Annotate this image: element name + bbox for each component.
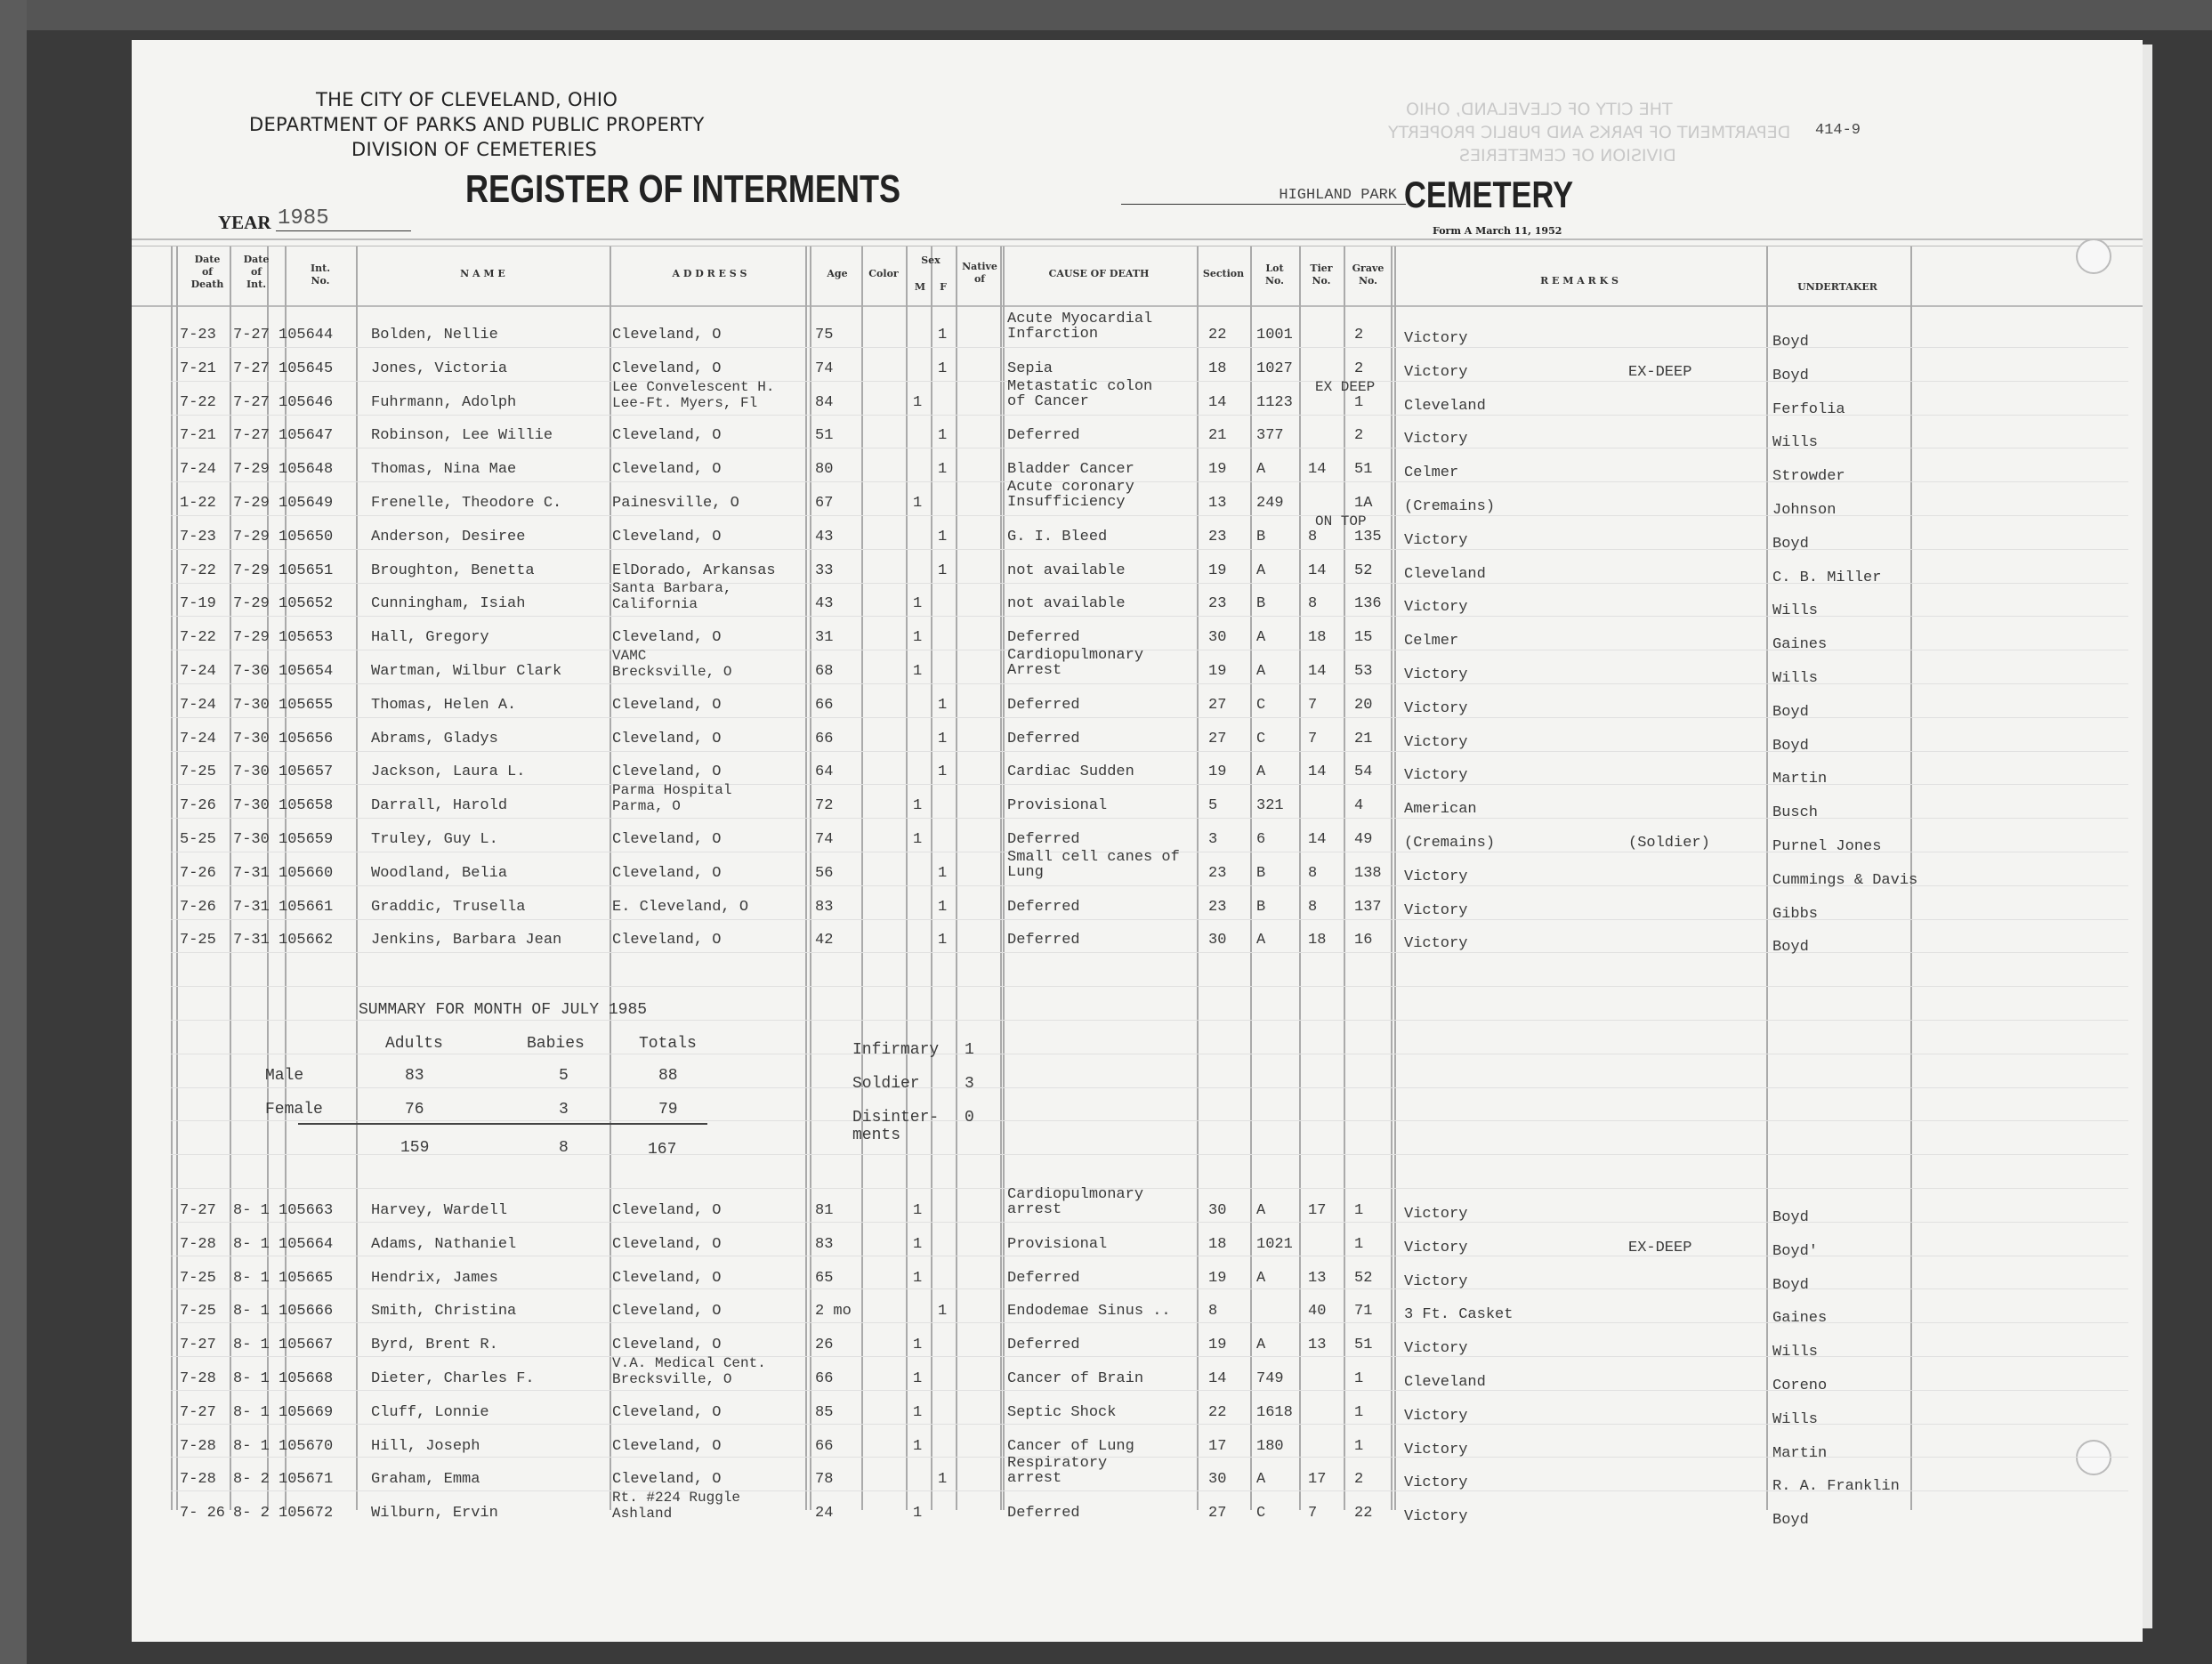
row-rule [171, 549, 2128, 550]
col-label: Tier [1299, 263, 1344, 275]
column-divider [1391, 246, 1393, 1510]
tier-number: 13 [1308, 1337, 1326, 1353]
year-label: YEAR [218, 212, 271, 234]
decedent-name: Frenelle, Theodore C. [371, 496, 561, 512]
row-rule [171, 1457, 2128, 1458]
remarks: Victory [1404, 735, 1467, 751]
remarks: Victory [1404, 1207, 1467, 1223]
decedent-name: Hendrix, James [371, 1271, 498, 1287]
sex-female: 1 [938, 1304, 947, 1320]
column-divider [931, 246, 932, 1510]
undertaker: Gibbs [1772, 907, 1818, 923]
lot-number: A [1256, 563, 1265, 579]
sex-male: 1 [913, 1439, 922, 1455]
remarks: Celmer [1404, 465, 1458, 481]
address: ElDorado, Arkansas [612, 563, 776, 579]
tier-number: 18 [1308, 630, 1326, 646]
tier-number: 14 [1308, 764, 1326, 780]
row-rule [171, 1087, 2128, 1088]
grave-number: 15 [1354, 630, 1372, 646]
col-label: No. [1250, 275, 1299, 287]
interment-number: 105661 [279, 900, 333, 916]
grave-number: 2 [1354, 327, 1363, 343]
section: 19 [1208, 1271, 1226, 1287]
date-of-interment: 7-29 [233, 630, 270, 646]
date-of-death: 7-22 [180, 395, 216, 411]
column-divider [356, 246, 358, 1510]
lot-number: B [1256, 529, 1265, 545]
cause-of-death: Deferred [1007, 933, 1080, 949]
section: 23 [1208, 596, 1226, 612]
city-heading: THE CITY OF CLEVELAND, OHIO [316, 89, 618, 110]
column-divider [176, 246, 178, 1510]
interment-number: 105656 [279, 731, 333, 747]
interment-number: 105645 [279, 361, 333, 377]
cause-of-death: Cancer of Brain [1007, 1371, 1143, 1387]
address: Cleveland, O [612, 1439, 721, 1455]
decedent-name: Hill, Joseph [371, 1439, 480, 1455]
tier-number: 40 [1308, 1304, 1326, 1320]
cause-of-death: Deferred [1007, 900, 1080, 916]
date-of-death: 7-28 [180, 1472, 216, 1488]
sex-male: 1 [913, 496, 922, 512]
interment-number: 105671 [279, 1472, 333, 1488]
col-label: Grave [1344, 263, 1393, 275]
interment-number: 105650 [279, 529, 333, 545]
col-sex-f: F [932, 281, 954, 294]
decedent-name: Adams, Nathaniel [371, 1237, 516, 1253]
cause-of-death: Deferred [1007, 731, 1080, 747]
grave-number: 2 [1354, 428, 1363, 444]
age: 66 [815, 1371, 833, 1387]
decedent-name: Byrd, Brent R. [371, 1337, 498, 1353]
cause-of-death: Septic Shock [1007, 1405, 1116, 1421]
interment-number: 105664 [279, 1237, 333, 1253]
row-rule [171, 1054, 2128, 1054]
age: 66 [815, 731, 833, 747]
sex-male: 1 [913, 1506, 922, 1522]
scan-background-left [0, 0, 27, 1664]
date-of-death: 7-24 [180, 664, 216, 680]
decedent-name: Robinson, Lee Willie [371, 428, 553, 444]
summary-disinterments-label: Disinter- [852, 1109, 939, 1127]
cause-of-death: Bladder Cancer [1007, 462, 1134, 478]
grave-number: 4 [1354, 798, 1363, 814]
date-of-death: 1-22 [180, 496, 216, 512]
section: 8 [1208, 1304, 1217, 1320]
grave-number: 51 [1354, 1337, 1372, 1353]
decedent-name: Jackson, Laura L. [371, 764, 525, 780]
col-lot: Lot No. [1250, 263, 1299, 287]
lot-number: A [1256, 933, 1265, 949]
row-rule [171, 784, 2128, 785]
header-rule [132, 238, 2143, 240]
binder-ring-hole [2076, 1440, 2111, 1475]
lot-number: 249 [1256, 496, 1284, 512]
age: 75 [815, 327, 833, 343]
cause-of-death: not available [1007, 596, 1126, 612]
remarks: Celmer [1404, 634, 1458, 650]
bleed-through-text: THE CITY OF CLEVELAND, OHIO [1406, 100, 1673, 119]
col-label: No. [285, 275, 356, 287]
row-rule [171, 717, 2128, 718]
age: 78 [815, 1472, 833, 1488]
grave-number: 1 [1354, 1405, 1363, 1421]
date-of-interment: 7-29 [233, 563, 270, 579]
undertaker: Gaines [1772, 637, 1827, 653]
address: Cleveland, O [612, 630, 721, 646]
section: 30 [1208, 630, 1226, 646]
remarks: Victory [1404, 1409, 1467, 1425]
age: 83 [815, 1237, 833, 1253]
sex-female: 1 [938, 1472, 947, 1488]
address-line-2: California [612, 596, 698, 612]
date-of-interment: 8- 1 [233, 1304, 270, 1320]
interment-number: 105665 [279, 1271, 333, 1287]
col-label: Int. [285, 263, 356, 275]
summary-disinterments-label-cont: ments [852, 1127, 900, 1144]
date-of-interment: 7-29 [233, 496, 270, 512]
remarks: Victory [1404, 533, 1467, 549]
department-heading: DEPARTMENT OF PARKS AND PUBLIC PROPERTY [249, 114, 705, 135]
column-divider [1344, 246, 1345, 1510]
col-tier: Tier No. [1299, 263, 1344, 287]
lot-number: B [1256, 596, 1265, 612]
summary-soldier-value: 3 [965, 1075, 974, 1093]
age: 65 [815, 1271, 833, 1287]
cause-of-death: Deferred [1007, 698, 1080, 714]
column-divider [1197, 246, 1199, 1510]
address: E. Cleveland, O [612, 900, 748, 916]
decedent-name: Woodland, Belia [371, 866, 507, 882]
grave-number: 1 [1354, 1371, 1363, 1387]
lot-number: A [1256, 1203, 1265, 1219]
undertaker: Martin [1772, 771, 1827, 788]
address-line-1: V.A. Medical Cent. [612, 1355, 766, 1371]
address: Cleveland, O [612, 1271, 721, 1287]
decedent-name: Dieter, Charles F. [371, 1371, 535, 1387]
lot-number: C [1256, 698, 1265, 714]
summary-title: SUMMARY FOR MONTH OF JULY 1985 [359, 1001, 647, 1019]
grave-number: 2 [1354, 361, 1363, 377]
decedent-name: Jones, Victoria [371, 361, 507, 377]
remarks: Cleveland [1404, 567, 1486, 583]
lot-number: A [1256, 764, 1265, 780]
section: 22 [1208, 1405, 1226, 1421]
sex-male: 1 [913, 1337, 922, 1353]
undertaker: Wills [1772, 1345, 1818, 1361]
address: Cleveland, O [612, 1405, 721, 1421]
lot-number: C [1256, 731, 1265, 747]
date-of-interment: 8- 2 [233, 1506, 270, 1522]
date-of-interment: 7-31 [233, 866, 270, 882]
date-of-interment: 8- 1 [233, 1439, 270, 1455]
tier-number: 8 [1308, 900, 1317, 916]
summary-infirmary-value: 1 [965, 1041, 974, 1059]
grave-number: 137 [1354, 900, 1382, 916]
row-rule [171, 1222, 2128, 1223]
age: 85 [815, 1405, 833, 1421]
address: Cleveland, O [612, 462, 721, 478]
date-of-interment: 7-29 [233, 596, 270, 612]
address: Cleveland, O [612, 832, 721, 848]
grave-number: 1A [1354, 496, 1372, 512]
date-of-interment: 8- 1 [233, 1405, 270, 1421]
grave-number: 20 [1354, 698, 1372, 714]
cause-of-death: Deferred [1007, 832, 1080, 848]
undertaker: C. B. Miller [1772, 570, 1881, 586]
lot-number: 1021 [1256, 1237, 1293, 1253]
summary-soldier-label: Soldier [852, 1075, 920, 1093]
cause-of-death: Deferred [1007, 428, 1080, 444]
header-rule [132, 246, 2143, 246]
column-divider [810, 246, 811, 1510]
col-int-no: Int. No. [285, 263, 356, 287]
date-of-death: 7-22 [180, 630, 216, 646]
address: Cleveland, O [612, 1472, 721, 1488]
tier-number: 8 [1308, 596, 1317, 612]
section: 23 [1208, 529, 1226, 545]
address-line-2: Parma, O [612, 798, 681, 814]
undertaker: Boyd [1772, 940, 1809, 956]
decedent-name: Smith, Christina [371, 1304, 516, 1320]
age: 83 [815, 900, 833, 916]
register-title: REGISTER OF INTERMENTS [465, 167, 900, 212]
interment-number: 105652 [279, 596, 333, 612]
age: 80 [815, 462, 833, 478]
interment-number: 105655 [279, 698, 333, 714]
undertaker: Strowder [1772, 469, 1845, 485]
row-rule [171, 952, 2128, 953]
undertaker: Boyd [1772, 537, 1809, 553]
section: 14 [1208, 395, 1226, 411]
age: 56 [815, 866, 833, 882]
decedent-name: Graddic, Trusella [371, 900, 525, 916]
section: 19 [1208, 462, 1226, 478]
remarks: Victory [1404, 869, 1467, 885]
tier-number: 13 [1308, 1271, 1326, 1287]
undertaker: Boyd [1772, 739, 1809, 755]
undertaker: Johnson [1772, 503, 1836, 519]
year-value: 1985 [276, 206, 411, 231]
decedent-name: Bolden, Nellie [371, 327, 498, 343]
date-of-death: 7-25 [180, 764, 216, 780]
remarks: American [1404, 802, 1477, 818]
undertaker: Busch [1772, 805, 1818, 821]
date-of-interment: 8- 1 [233, 1337, 270, 1353]
remarks: Victory [1404, 1509, 1467, 1525]
age: 42 [815, 933, 833, 949]
row-rule [171, 1424, 2128, 1425]
section: 30 [1208, 933, 1226, 949]
remarks: Victory [1404, 903, 1467, 919]
row-rule [171, 616, 2128, 617]
remarks-extra: (Soldier) [1628, 836, 1710, 852]
interment-number: 105662 [279, 933, 333, 949]
date-of-interment: 7-27 [233, 395, 270, 411]
sex-male: 1 [913, 798, 922, 814]
cause-of-death: Deferred [1007, 1506, 1080, 1522]
section: 19 [1208, 563, 1226, 579]
section: 27 [1208, 698, 1226, 714]
lot-number: A [1256, 664, 1265, 680]
date-of-death: 7-24 [180, 462, 216, 478]
col-label: No. [1299, 275, 1344, 287]
lot-number: A [1256, 1337, 1265, 1353]
summary-male-adults: 83 [405, 1067, 424, 1085]
cause-line-2: arrest [1007, 1202, 1062, 1218]
form-note: Form A March 11, 1952 [1433, 225, 1562, 237]
sex-male: 1 [913, 1371, 922, 1387]
col-grave: Grave No. [1344, 263, 1393, 287]
scan-background-top [0, 0, 2212, 30]
age: 67 [815, 496, 833, 512]
address: Cleveland, O [612, 428, 721, 444]
column-divider [1000, 246, 1002, 1510]
remarks: 3 Ft. Casket [1404, 1307, 1513, 1323]
cause-of-death: Provisional [1007, 1237, 1107, 1253]
col-label: Int. [230, 279, 283, 291]
page-number: 414-9 [1815, 122, 1861, 139]
sex-male: 1 [913, 832, 922, 848]
decedent-name: Wilburn, Ervin [371, 1506, 498, 1522]
decedent-name: Harvey, Wardell [371, 1203, 507, 1219]
row-rule [171, 818, 2128, 819]
undertaker: Wills [1772, 603, 1818, 619]
undertaker: Boyd [1772, 705, 1809, 721]
undertaker: Cummings & Davis [1772, 873, 1917, 889]
summary-male-babies: 5 [559, 1067, 569, 1085]
section: 13 [1208, 496, 1226, 512]
tier-number: 8 [1308, 866, 1317, 882]
section: 3 [1208, 832, 1217, 848]
col-color: Color [861, 268, 906, 280]
date-of-death: 7-25 [180, 1304, 216, 1320]
decedent-name: Cunningham, Isiah [371, 596, 525, 612]
row-rule [171, 347, 2128, 348]
cause-of-death: Endodemae Sinus .. [1007, 1304, 1171, 1320]
age: 31 [815, 630, 833, 646]
interment-number: 105644 [279, 327, 333, 343]
cause-line-2: Arrest [1007, 663, 1062, 679]
summary-total-adults: 159 [400, 1139, 429, 1157]
date-of-death: 7-26 [180, 900, 216, 916]
row-rule [171, 1322, 2128, 1323]
address-line-2: Brecksville, O [612, 1371, 731, 1387]
grave-number: 2 [1354, 1472, 1363, 1488]
undertaker: Coreno [1772, 1378, 1827, 1394]
address: Cleveland, O [612, 866, 721, 882]
address-line-2: Brecksville, O [612, 664, 731, 680]
col-sex-m: M [909, 281, 931, 294]
address: Cleveland, O [612, 1237, 721, 1253]
date-of-death: 7-27 [180, 1405, 216, 1421]
sex-female: 1 [938, 529, 947, 545]
col-label: Lot [1250, 263, 1299, 275]
interment-number: 105649 [279, 496, 333, 512]
section: 30 [1208, 1203, 1226, 1219]
remarks-extra: EX-DEEP [1628, 365, 1691, 381]
row-rule [171, 986, 2128, 987]
age: 24 [815, 1506, 833, 1522]
col-label: of [957, 273, 1002, 286]
cause-of-death: Sepia [1007, 361, 1053, 377]
column-divider [1766, 246, 1768, 1510]
sex-male: 1 [913, 1203, 922, 1219]
remarks: Victory [1404, 1274, 1467, 1290]
address: Cleveland, O [612, 1337, 721, 1353]
sex-female: 1 [938, 698, 947, 714]
interment-number: 105657 [279, 764, 333, 780]
lot-number: 1123 [1256, 395, 1293, 411]
grave-number: 71 [1354, 1304, 1372, 1320]
interment-number: 105667 [279, 1337, 333, 1353]
grave-number: 135 [1354, 529, 1382, 545]
sex-male: 1 [913, 1271, 922, 1287]
row-rule [171, 1120, 2128, 1121]
decedent-name: Truley, Guy L. [371, 832, 498, 848]
undertaker: Martin [1772, 1446, 1827, 1462]
tier-number: 14 [1308, 664, 1326, 680]
row-rule [171, 1020, 2128, 1021]
remarks: Victory [1404, 365, 1467, 381]
undertaker: Boyd [1772, 1210, 1809, 1226]
decedent-name: Thomas, Helen A. [371, 698, 516, 714]
interment-number: 105653 [279, 630, 333, 646]
summary-total-totals: 167 [648, 1141, 676, 1159]
grave-number: 1 [1354, 395, 1363, 411]
row-rule [171, 1288, 2128, 1289]
remarks: Victory [1404, 701, 1467, 717]
summary-total-rule [298, 1123, 707, 1125]
cause-of-death: Provisional [1007, 798, 1107, 814]
column-divider [861, 246, 863, 1510]
column-divider [956, 246, 957, 1510]
cause-line-2: arrest [1007, 1471, 1062, 1487]
lot-number: C [1256, 1506, 1265, 1522]
decedent-name: Darrall, Harold [371, 798, 507, 814]
address: Painesville, O [612, 496, 739, 512]
decedent-name: Hall, Gregory [371, 630, 489, 646]
undertaker: Purnel Jones [1772, 839, 1881, 855]
col-sex: Sex [906, 254, 956, 267]
section: 27 [1208, 731, 1226, 747]
date-of-death: 7-24 [180, 698, 216, 714]
row-rule [171, 1256, 2128, 1256]
sex-female: 1 [938, 866, 947, 882]
column-divider [230, 246, 231, 1510]
address: Cleveland, O [612, 1203, 721, 1219]
date-of-death: 7-26 [180, 798, 216, 814]
date-of-death: 7-21 [180, 428, 216, 444]
cause-of-death: Cardiac Sudden [1007, 764, 1134, 780]
cause-line-2: Infarction [1007, 327, 1098, 343]
date-of-death: 7-24 [180, 731, 216, 747]
age: 66 [815, 698, 833, 714]
col-remarks: R E M A R K S [1393, 275, 1766, 287]
summary-col-babies: Babies [527, 1035, 585, 1053]
lot-number: 1001 [1256, 327, 1293, 343]
sex-female: 1 [938, 327, 947, 343]
lot-number: 321 [1256, 798, 1284, 814]
sex-female: 1 [938, 933, 947, 949]
cause-of-death: Cancer of Lung [1007, 1439, 1134, 1455]
grave-number: 52 [1354, 563, 1372, 579]
section: 19 [1208, 764, 1226, 780]
cause-of-death: Deferred [1007, 1337, 1080, 1353]
remarks: Cleveland [1404, 399, 1486, 415]
interment-number: 105646 [279, 395, 333, 411]
